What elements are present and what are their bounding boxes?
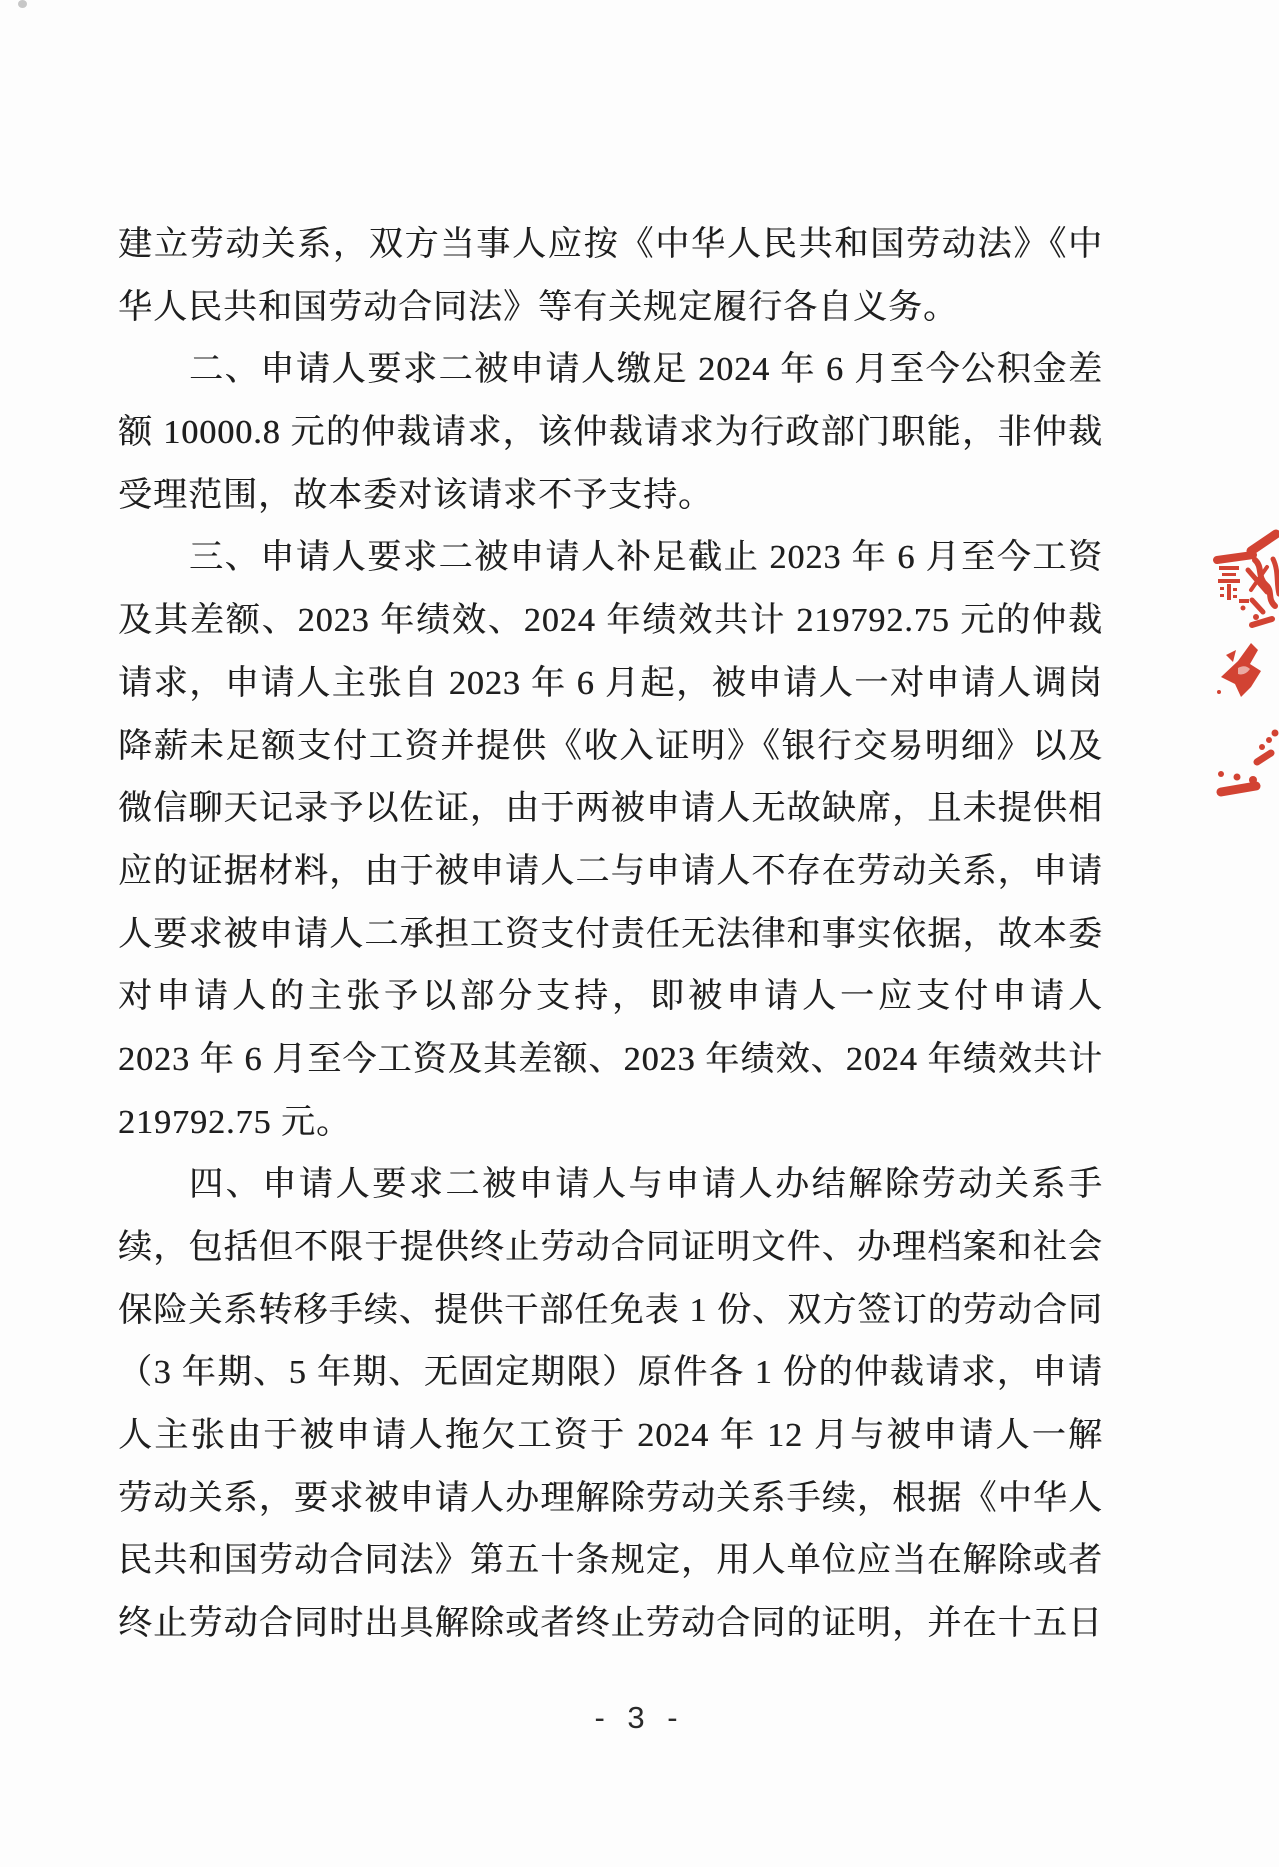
document-page: 建立劳动关系，双方当事人应按《中华人民共和国劳动法》《中华人民共和国劳动合同法》…: [0, 0, 1279, 1867]
text-line: （3 年期、5 年期、无固定期限）原件各 1 份的仲裁请求，申请: [118, 1342, 1103, 1405]
scan-artifact-dot: [18, 0, 27, 8]
document-body: 建立劳动关系，双方当事人应按《中华人民共和国劳动法》《中华人民共和国劳动合同法》…: [118, 214, 1103, 1656]
text-line: 二、申请人要求二被申请人缴足 2024 年 6 月至今公积金差: [118, 339, 1103, 402]
text-line: 劳动关系，要求被申请人办理解除劳动关系手续，根据《中华人: [118, 1468, 1103, 1531]
text-line: 及其差额、2023 年绩效、2024 年绩效共计 219792.75 元的仲裁: [118, 590, 1103, 653]
text-line: 2023 年 6 月至今工资及其差额、2023 年绩效、2024 年绩效共计: [118, 1029, 1103, 1092]
text-line: 应的证据材料，由于被申请人二与申请人不存在劳动关系，申请: [118, 841, 1103, 904]
text-line: 三、申请人要求二被申请人补足截止 2023 年 6 月至今工资: [118, 527, 1103, 590]
text-line: 受理范围，故本委对该请求不予支持。: [118, 465, 1103, 528]
text-line: 请求，申请人主张自 2023 年 6 月起，被申请人一对申请人调岗: [118, 653, 1103, 716]
text-line: 额 10000.8 元的仲裁请求，该仲裁请求为行政部门职能，非仲裁: [118, 402, 1103, 465]
text-line: 民共和国劳动合同法》第五十条规定，用人单位应当在解除或者: [118, 1530, 1103, 1593]
text-line: 四、申请人要求二被申请人与申请人办结解除劳动关系手: [118, 1154, 1103, 1217]
text-line: 降薪未足额支付工资并提供《收入证明》《银行交易明细》以及: [118, 716, 1103, 779]
text-line: 人要求被申请人二承担工资支付责任无法律和事实依据，故本委: [118, 904, 1103, 967]
page-number: - 3 -: [0, 1700, 1279, 1736]
red-stamp-fragment: [1200, 520, 1279, 810]
text-line: 人主张由于被申请人拖欠工资于 2024 年 12 月与被申请人一解除: [118, 1405, 1103, 1468]
text-line: 续，包括但不限于提供终止劳动合同证明文件、办理档案和社会: [118, 1217, 1103, 1280]
text-line: 保险关系转移手续、提供干部任免表 1 份、双方签订的劳动合同: [118, 1280, 1103, 1343]
text-line: 对申请人的主张予以部分支持，即被申请人一应支付申请人: [118, 966, 1103, 1029]
text-line: 微信聊天记录予以佐证，由于两被申请人无故缺席，且未提供相: [118, 778, 1103, 841]
text-line: 219792.75 元。: [118, 1092, 1103, 1155]
text-line: 建立劳动关系，双方当事人应按《中华人民共和国劳动法》《中: [118, 214, 1103, 277]
text-line: 终止劳动合同时出具解除或者终止劳动合同的证明，并在十五日: [118, 1593, 1103, 1656]
text-line: 华人民共和国劳动合同法》等有关规定履行各自义务。: [118, 277, 1103, 340]
